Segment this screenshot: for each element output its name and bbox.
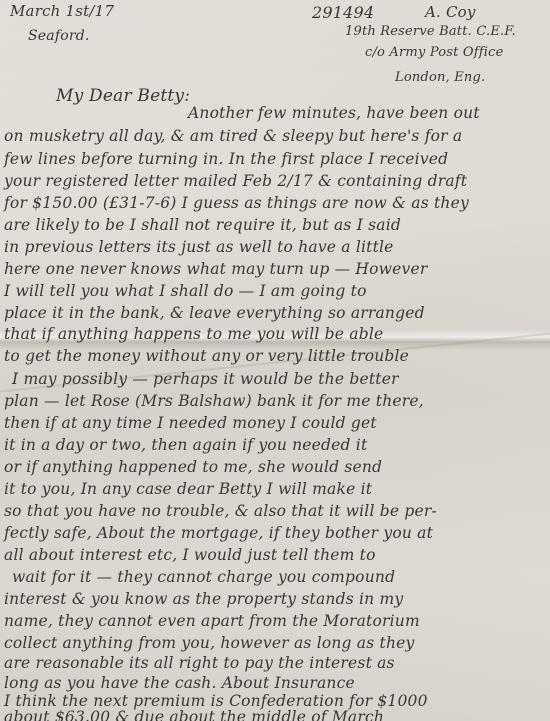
body-line: here one never knows what may turn up — …: [4, 260, 427, 278]
body-line: Another few minutes, have been out: [188, 104, 480, 122]
body-line: to get the money without any or very lit…: [4, 347, 409, 365]
body-line: few lines before turning in. In the firs…: [4, 150, 448, 168]
body-line: are likely to be I shall not require it,…: [4, 216, 401, 234]
body-line: that if anything happens to me you will …: [4, 325, 383, 343]
body-line: about $63.00 & due about the middle of M…: [4, 708, 384, 721]
body-line: in previous letters its just as well to …: [4, 238, 394, 256]
body-line: on musketry all day, & am tired & sleepy…: [4, 127, 462, 145]
body-line: wait for it — they cannot charge you com…: [12, 568, 395, 586]
body-line: are reasonable its all right to pay the …: [4, 654, 395, 672]
body-line: fectly safe, About the mortgage, if they…: [4, 524, 433, 542]
body-line: for $150.00 (£31-7-6) I guess as things …: [4, 194, 469, 212]
body-line: it to you, In any case dear Betty I will…: [4, 480, 372, 498]
body-line: it in a day or two, then again if you ne…: [4, 436, 367, 454]
body-line: I may possibly — perhaps it would be the…: [12, 370, 399, 388]
body-line: plan — let Rose (Mrs Balshaw) bank it fo…: [4, 392, 424, 410]
body-line: interest & you know as the property stan…: [4, 590, 403, 608]
sender-unit: 19th Reserve Batt. C.E.F.: [345, 24, 516, 39]
sender-company: A. Coy: [425, 3, 476, 21]
body-line: or if anything happened to me, she would…: [4, 458, 382, 476]
service-number: 291494: [312, 3, 374, 22]
body-line: long as you have the cash. About Insuran…: [4, 674, 355, 692]
body-line: so that you have no trouble, & also that…: [4, 502, 437, 520]
body-line: then if at any time I needed money I cou…: [4, 414, 377, 432]
sender-post-office: c/o Army Post Office: [365, 45, 504, 60]
letter-page: March 1st/17 Seaford. 291494 A. Coy 19th…: [0, 0, 550, 721]
body-line: your registered letter mailed Feb 2/17 &…: [4, 172, 467, 190]
body-line: I will tell you what I shall do — I am g…: [4, 282, 367, 300]
body-line: all about interest etc, I would just tel…: [4, 546, 376, 564]
sender-city: London, Eng.: [395, 70, 485, 85]
body-line: place it in the bank, & leave everything…: [4, 304, 425, 322]
letter-place: Seaford.: [28, 28, 90, 44]
letter-date: March 1st/17: [10, 2, 114, 20]
salutation: My Dear Betty:: [56, 86, 190, 106]
body-line: name, they cannot even apart from the Mo…: [4, 612, 420, 630]
body-line: collect anything from you, however as lo…: [4, 634, 414, 652]
